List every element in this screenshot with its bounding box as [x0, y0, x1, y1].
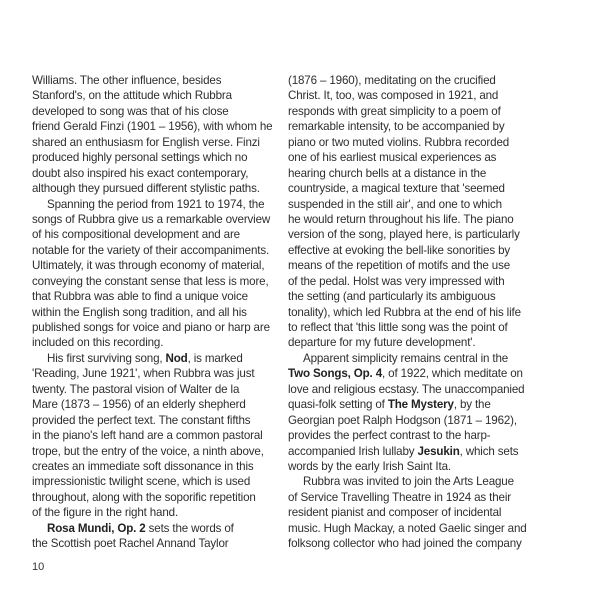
text-line: conveying the constant sense that less i… [32, 274, 282, 289]
text-line: included on this recording. [32, 335, 282, 350]
text-line: folksong collector who had joined the co… [288, 536, 550, 551]
text-line: to reflect that 'this little song was th… [288, 320, 550, 335]
text-line: version of the song, played here, is par… [288, 227, 550, 242]
text-line: one of his earliest musical experiences … [288, 150, 550, 165]
text-run: quasi-folk setting of [288, 398, 388, 411]
text-line: Georgian poet Ralph Hodgson (1871 – 1962… [288, 413, 550, 428]
text-line: songs of Rubbra give us a remarkable ove… [32, 212, 282, 227]
right-text-column: (1876 – 1960), meditating on the crucifi… [288, 73, 550, 552]
text-line: within the English song tradition, and a… [32, 305, 282, 320]
text-line: countryside, a magical texture that 'see… [288, 181, 550, 196]
text-line: in the piano's left hand are a common pa… [32, 428, 282, 443]
page-number: 10 [32, 561, 44, 573]
text-line: Two Songs, Op. 4, of 1922, which meditat… [288, 366, 550, 381]
work-title: Jesukin [418, 445, 460, 458]
text-line: resident pianist and composer of inciden… [288, 505, 550, 520]
text-run: , is marked [188, 352, 243, 365]
text-line: developed to song was that of his close [32, 104, 282, 119]
text-line: tonality), which led Rubbra at the end o… [288, 305, 550, 320]
text-line: Mare (1873 – 1956) of an elderly shepher… [32, 397, 282, 412]
text-line: effective at evoking the bell-like sonor… [288, 243, 550, 258]
text-line: departure for my future development'. [288, 335, 550, 350]
text-line: produced highly personal settings which … [32, 150, 282, 165]
text-run: sets the words of [146, 522, 234, 535]
text-line: trope, but the entry of the voice, a nin… [32, 444, 282, 459]
text-line: the setting (and particularly its ambigu… [288, 289, 550, 304]
text-line: remarkable intensity, to be accompanied … [288, 119, 550, 134]
text-line: that Rubbra was able to find a unique vo… [32, 289, 282, 304]
text-line: love and religious ecstasy. The unaccomp… [288, 382, 550, 397]
text-line: Rosa Mundi, Op. 2 sets the words of [32, 521, 282, 536]
text-line: friend Gerald Finzi (1901 – 1956), with … [32, 119, 282, 134]
text-line: piano or two muted violins. Rubbra recor… [288, 135, 550, 150]
text-run: , of 1922, which meditate on [382, 367, 523, 380]
text-line: shared an enthusiasm for English verse. … [32, 135, 282, 150]
text-line: Williams. The other influence, besides [32, 73, 282, 88]
text-line: 'Reading, June 1921', when Rubbra was ju… [32, 366, 282, 381]
text-run: His first surviving song, [47, 352, 166, 365]
text-line: impressionistic twilight scene, which is… [32, 474, 282, 489]
text-line: quasi-folk setting of The Mystery, by th… [288, 397, 550, 412]
text-line: throughout, along with the soporific rep… [32, 490, 282, 505]
text-line: hearing church bells at a distance in th… [288, 166, 550, 181]
text-line: Ultimately, it was through economy of ma… [32, 258, 282, 273]
text-line: notable for the variety of their accompa… [32, 243, 282, 258]
text-line: the Scottish poet Rachel Annand Taylor [32, 536, 282, 551]
text-line: of his compositional development and are [32, 227, 282, 242]
text-line: provides the perfect contrast to the har… [288, 428, 550, 443]
text-line: Stanford's, on the attitude which Rubbra [32, 88, 282, 103]
text-line: he would return throughout his life. The… [288, 212, 550, 227]
text-run: accompanied Irish lullaby [288, 445, 418, 458]
text-line: accompanied Irish lullaby Jesukin, which… [288, 444, 550, 459]
text-line: of the figure in the right hand. [32, 505, 282, 520]
text-line: provided the perfect text. The constant … [32, 413, 282, 428]
text-line: Rubbra was invited to join the Arts Leag… [288, 474, 550, 489]
work-title: Two Songs, Op. 4 [288, 367, 382, 380]
text-line: doubt also inspired his exact contempora… [32, 166, 282, 181]
text-line: Spanning the period from 1921 to 1974, t… [32, 197, 282, 212]
text-line: published songs for voice and piano or h… [32, 320, 282, 335]
text-line: (1876 – 1960), meditating on the crucifi… [288, 73, 550, 88]
text-line: His first surviving song, Nod, is marked [32, 351, 282, 366]
text-line: of Service Travelling Theatre in 1924 as… [288, 490, 550, 505]
work-title: Nod [166, 352, 188, 365]
text-line: means of the repetition of motifs and th… [288, 258, 550, 273]
text-line: suspended in the still air', and one to … [288, 197, 550, 212]
work-title: Rosa Mundi, Op. 2 [47, 522, 146, 535]
text-line: Apparent simplicity remains central in t… [288, 351, 550, 366]
text-line: of the pedal. Holst was very impressed w… [288, 274, 550, 289]
text-line: words by the early Irish Saint Ita. [288, 459, 550, 474]
text-line: responds with great simplicity to a poem… [288, 104, 550, 119]
left-text-column: Williams. The other influence, besidesSt… [32, 73, 282, 552]
document-page: Williams. The other influence, besidesSt… [0, 0, 600, 611]
text-line: music. Hugh Mackay, a noted Gaelic singe… [288, 521, 550, 536]
text-line: creates an immediate soft dissonance in … [32, 459, 282, 474]
work-title: The Mystery [388, 398, 454, 411]
text-run: , by the [454, 398, 491, 411]
text-line: twenty. The pastoral vision of Walter de… [32, 382, 282, 397]
text-line: although they pursued different stylisti… [32, 181, 282, 196]
text-line: Christ. It, too, was composed in 1921, a… [288, 88, 550, 103]
text-run: , which sets [460, 445, 519, 458]
